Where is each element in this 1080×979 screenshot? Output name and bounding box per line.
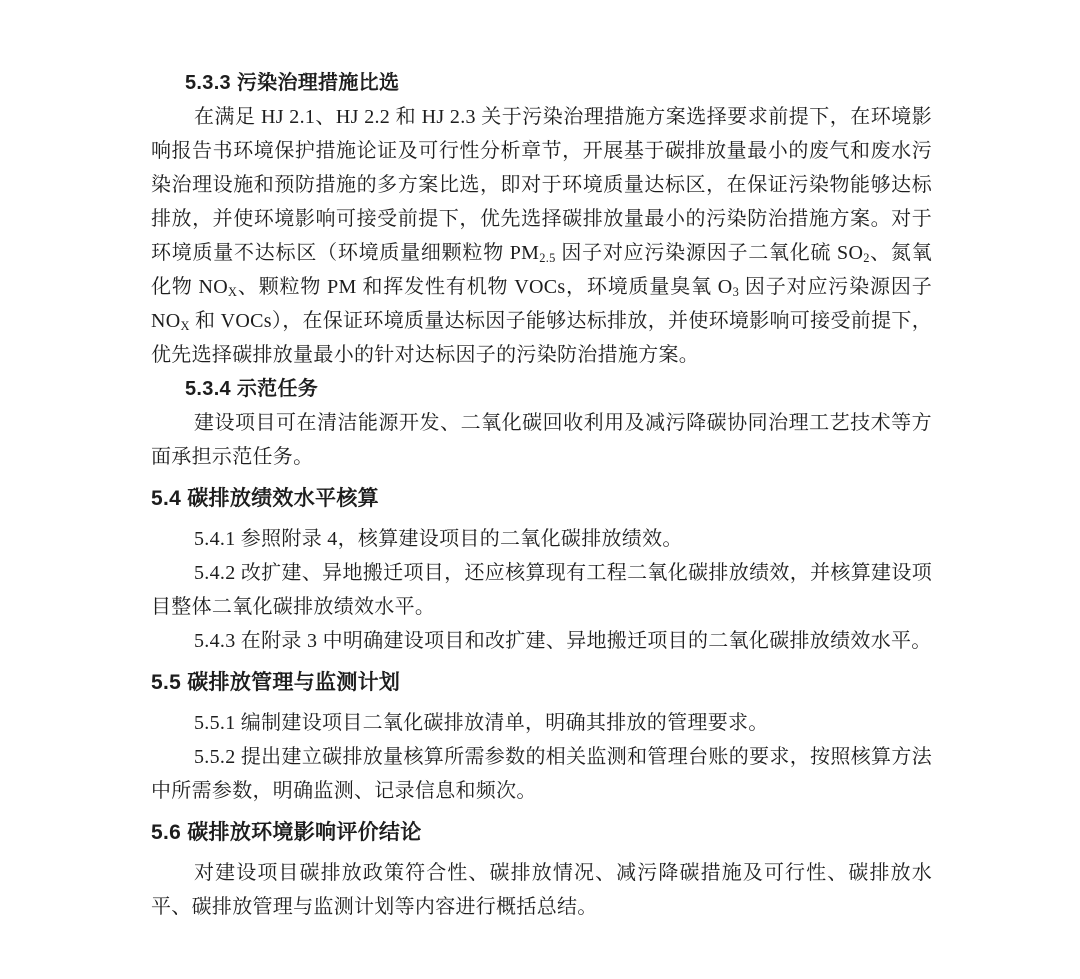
- paragraph-5-5-1: 5.5.1 编制建设项目二氧化碳排放清单，明确其排放的管理要求。: [151, 706, 932, 740]
- paragraph-5-3-4: 建设项目可在清洁能源开发、二氧化碳回收利用及减污降碳协同治理工艺技术等方面承担示…: [151, 406, 932, 474]
- paragraph-5-5-2: 5.5.2 提出建立碳排放量核算所需参数的相关监测和管理台账的要求，按照核算方法…: [151, 740, 932, 808]
- document-content: 5.3.3 污染治理措施比选 在满足 HJ 2.1、HJ 2.2 和 HJ 2.…: [151, 66, 932, 924]
- heading-5-4: 5.4 碳排放绩效水平核算: [151, 482, 932, 516]
- document-page: 5.3.3 污染治理措施比选 在满足 HJ 2.1、HJ 2.2 和 HJ 2.…: [0, 0, 1080, 979]
- paragraph-5-4-1: 5.4.1 参照附录 4，核算建设项目的二氧化碳排放绩效。: [151, 522, 932, 556]
- paragraph-5-6: 对建设项目碳排放政策符合性、碳排放情况、减污降碳措施及可行性、碳排放水平、碳排放…: [151, 856, 932, 924]
- paragraph-5-4-3: 5.4.3 在附录 3 中明确建设项目和改扩建、异地搬迁项目的二氧化碳排放绩效水…: [151, 624, 932, 658]
- heading-5-5: 5.5 碳排放管理与监测计划: [151, 666, 932, 700]
- paragraph-5-4-2: 5.4.2 改扩建、异地搬迁项目，还应核算现有工程二氧化碳排放绩效，并核算建设项…: [151, 556, 932, 624]
- heading-5-6: 5.6 碳排放环境影响评价结论: [151, 816, 932, 850]
- heading-5-3-4: 5.3.4 示范任务: [151, 372, 932, 406]
- paragraph-5-3-3: 在满足 HJ 2.1、HJ 2.2 和 HJ 2.3 关于污染治理措施方案选择要…: [151, 100, 932, 372]
- heading-5-3-3: 5.3.3 污染治理措施比选: [151, 66, 932, 100]
